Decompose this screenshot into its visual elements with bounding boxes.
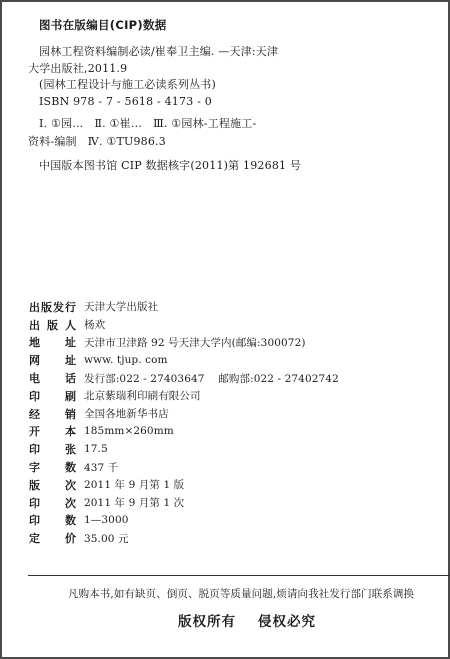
quality-notice: 凡购本书,如有缺页、倒页、脱页等质量问题,烦请向我社发行部门联系调换 <box>68 586 414 601</box>
publication-info-table: 出 版 发 行 天津大学出版社 出 版 人 杨欢 地 址 天津市卫津路 92 号… <box>29 298 339 547</box>
pub-value: 杨欢 <box>84 317 105 332</box>
pub-label: 地 址 <box>29 334 83 350</box>
pub-label: 定 价 <box>29 530 83 546</box>
pub-row-address: 地 址 天津市卫津路 92 号天津大学内(邮编:300072) <box>29 334 339 352</box>
pub-row-price: 定 价 35.00 元 <box>29 529 339 547</box>
pub-label: 印 张 <box>29 441 83 457</box>
pub-label: 电 话 <box>29 370 83 386</box>
pub-row-word-count: 字 数 437 千 <box>29 458 339 476</box>
pub-value: 天津大学出版社 <box>84 299 158 314</box>
pub-value: 1—3000 <box>84 514 129 526</box>
pub-label: 字 数 <box>29 459 83 475</box>
pub-row-website: 网 址 www. tjup. com <box>29 351 339 369</box>
pub-row-sheets: 印 张 17.5 <box>29 440 339 458</box>
pub-row-phone: 电 话 发行部:022 - 27403647 邮购部:022 - 2740274… <box>29 369 339 387</box>
cip-series-line: (园林工程设计与施工必读系列丛书) <box>39 78 216 91</box>
pub-value: 2011 年 9 月第 1 次 <box>84 495 184 510</box>
cip-line-2: 大学出版社,2011.9 <box>28 62 127 75</box>
pub-value: 全国各地新华书店 <box>84 406 169 421</box>
pub-row-publisher-person: 出 版 人 杨欢 <box>29 316 339 334</box>
pub-value: www. tjup. com <box>84 354 168 366</box>
footer-divider <box>28 575 450 576</box>
pub-value: 发行部:022 - 27403647 邮购部:022 - 27402742 <box>84 371 339 386</box>
cip-title: 图书在版编目(CIP)数据 <box>39 17 167 33</box>
cip-classification-line-2: 资料-编制 Ⅳ. ①TU986.3 <box>28 135 166 148</box>
pub-row-edition: 版 次 2011 年 9 月第 1 版 <box>29 476 339 494</box>
pub-row-distributor: 经 销 全国各地新华书店 <box>29 405 339 423</box>
pub-label: 版 次 <box>29 477 83 493</box>
pub-label: 印 刷 <box>29 388 83 404</box>
pub-value: 185mm×260mm <box>84 425 174 437</box>
pub-value: 17.5 <box>84 443 108 455</box>
pub-label: 经 销 <box>29 406 83 422</box>
copyright-page: 图书在版编目(CIP)数据 园林工程资料编制必读/崔奉卫主编. —天津:天津 大… <box>0 0 450 659</box>
pub-row-publisher: 出 版 发 行 天津大学出版社 <box>29 298 339 316</box>
pub-label: 出 版 发 行 <box>29 299 83 315</box>
pub-row-print-run: 印 数 1—3000 <box>29 512 339 530</box>
pub-label: 印 数 <box>29 512 83 528</box>
pub-label: 网 址 <box>29 352 83 368</box>
pub-value: 天津市卫津路 92 号天津大学内(邮编:300072) <box>84 335 306 350</box>
pub-row-printer: 印 刷 北京紫瑞利印刷有限公司 <box>29 387 339 405</box>
copyright-statement: 版权所有侵权必究 <box>178 610 316 630</box>
pub-label: 出 版 人 <box>29 317 83 333</box>
cip-classification-line-1: Ⅰ. ①园… Ⅱ. ①崔… Ⅲ. ①园林-工程施工- <box>39 117 256 130</box>
pub-label: 开 本 <box>29 423 83 439</box>
pub-value: 2011 年 9 月第 1 版 <box>84 477 184 492</box>
pub-row-printing: 印 次 2011 年 9 月第 1 次 <box>29 494 339 512</box>
infringement-warning: 侵权必究 <box>258 614 316 630</box>
cip-line-1: 园林工程资料编制必读/崔奉卫主编. —天津:天津 <box>39 45 278 58</box>
rights-reserved: 版权所有 <box>178 614 236 630</box>
pub-label: 印 次 <box>29 495 83 511</box>
pub-row-format: 开 本 185mm×260mm <box>29 423 339 441</box>
pub-value: 35.00 元 <box>84 531 129 546</box>
cip-record-number: 中国版本图书馆 CIP 数据核字(2011)第 192681 号 <box>39 159 301 172</box>
pub-value: 北京紫瑞利印刷有限公司 <box>84 388 201 403</box>
pub-value: 437 千 <box>84 460 118 475</box>
cip-isbn-line: ISBN 978 - 7 - 5618 - 4173 - 0 <box>39 95 212 108</box>
